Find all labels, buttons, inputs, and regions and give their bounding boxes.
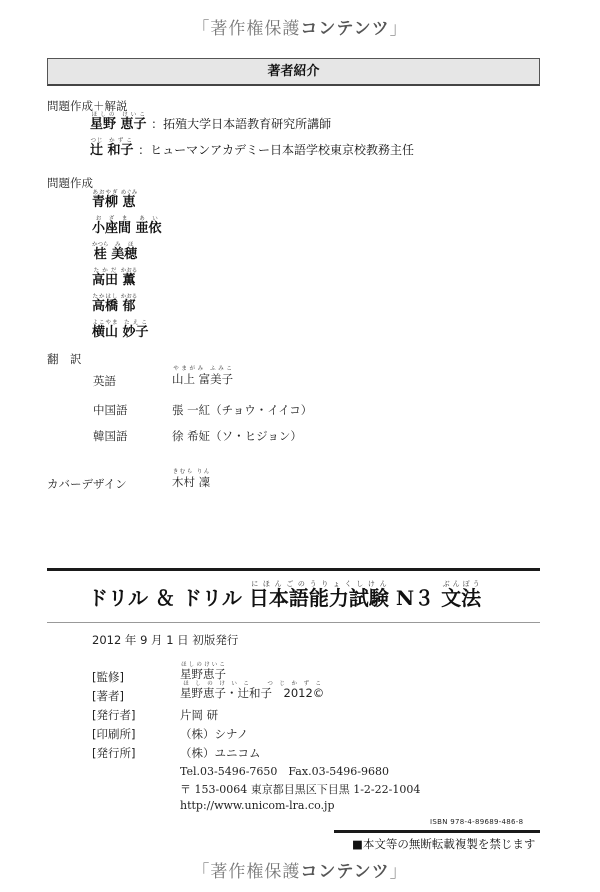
tel-fax: Tel.03-5496-7650 Fax.03-5496-9680 — [180, 763, 389, 779]
colophon-value-author: 星野恵子・辻和子 2012©ほしのけいこ つじかずこ — [180, 681, 324, 701]
book-title-prefix: ドリル ＆ ドリル — [88, 586, 242, 610]
writer-name: 高橋たかはし 郁かおる — [92, 294, 137, 314]
edition-date: 2012 年 9 月 1 日 初版発行 — [92, 632, 238, 648]
watermark-text-bold: コンテンツ — [300, 19, 389, 39]
reproduction-notice: ■本文等の無断転載複製を禁じます — [352, 836, 535, 852]
colophon-label-publisher: [発行所] — [92, 745, 135, 761]
author-affiliation: ：拓殖大学日本語教育研究所講師 — [151, 117, 331, 131]
watermark-close: 」 — [390, 862, 408, 882]
section-title: 著者紹介 — [267, 64, 319, 79]
translator-name: 張 一紅（チョウ・イイコ） — [172, 402, 312, 418]
translator-name: 徐 希姃（ソ・ヒジョン） — [172, 428, 302, 444]
watermark-open: 「 — [192, 862, 210, 882]
watermark-text: 著作権保護 — [210, 19, 300, 39]
watermark-close: 」 — [390, 19, 408, 39]
colophon-label-author: [著者] — [92, 688, 124, 704]
translator-name: 山上 富美子やまがみ ふみこ — [172, 366, 233, 387]
copyright-watermark-top: 「著作権保護コンテンツ」 — [0, 14, 600, 39]
colophon-label-publisher-person: [発行者] — [92, 707, 135, 723]
writer-name: 青柳あおやぎ 恵めぐみ — [92, 190, 137, 210]
section-heading-question-writers: 問題作成 — [47, 175, 93, 191]
author-name: 辻つじ 和子かずこ — [90, 143, 138, 158]
isbn: ISBN 978-4-89689-486-8 — [430, 818, 523, 826]
writer-name: 小座間おざま 亜依あい — [92, 216, 162, 236]
book-title-level: N３ — [396, 586, 434, 610]
book-title: ドリル ＆ ドリル 日本語能力試験にほんごのうりょくしけん N３ 文法ぶんぽう — [88, 580, 481, 611]
author-name: 星野ほしの 恵子けいこ — [90, 117, 151, 132]
publisher-url[interactable]: http://www.unicom-lra.co.jp — [180, 799, 335, 812]
section-header-bar: 著者紹介 — [47, 58, 540, 86]
writer-name: 高田たかだ 薫かおる — [92, 268, 137, 288]
colophon-value-publisher: （株）ユニコム — [180, 745, 261, 761]
section-heading-translation: 翻 訳 — [47, 351, 82, 367]
copyright-watermark-bottom: 「著作権保護コンテンツ」 — [0, 857, 600, 882]
postal-address: 〒 153-0064 東京都目黒区下目黒 1-2-22-1004 — [180, 781, 420, 797]
section-heading-cover-design: カバーデザイン — [47, 476, 127, 492]
colophon-value-publisher-person: 片岡 研 — [180, 707, 218, 723]
author-row: 星野ほしの 恵子けいこ ：拓殖大学日本語教育研究所講師 — [90, 112, 331, 132]
writer-name: 桂かつら 美穂みほ — [92, 242, 137, 262]
author-affiliation: ：ヒューマンアカデミー日本語学校東京校教務主任 — [138, 143, 414, 157]
colophon-label-printer: [印刷所] — [92, 726, 135, 742]
watermark-text: 著作権保護 — [210, 862, 300, 882]
colophon-value-printer: （株）シナノ — [180, 726, 248, 742]
watermark-open: 「 — [192, 19, 210, 39]
colophon-thin-rule — [47, 622, 540, 623]
translation-language: 中国語 — [93, 402, 128, 418]
colophon-label-supervisor: [監修] — [92, 669, 124, 685]
watermark-text-bold: コンテンツ — [300, 862, 389, 882]
colophon-bottom-rule — [334, 830, 540, 833]
book-title-subject: 文法ぶんぽう — [441, 586, 481, 610]
colophon-top-rule — [47, 568, 540, 571]
author-row: 辻つじ 和子かずこ ：ヒューマンアカデミー日本語学校東京校教務主任 — [90, 138, 414, 158]
colophon-value-supervisor: 星野恵子ほしのけいこ — [180, 662, 226, 682]
book-title-main: 日本語能力試験にほんごのうりょくしけん — [249, 586, 389, 610]
translation-language: 韓国語 — [93, 428, 128, 444]
translation-language: 英語 — [93, 373, 116, 389]
cover-designer-name: 木村 凜きむら りん — [172, 469, 210, 490]
writer-name: 横山よこやま 妙子たえこ — [92, 320, 149, 340]
